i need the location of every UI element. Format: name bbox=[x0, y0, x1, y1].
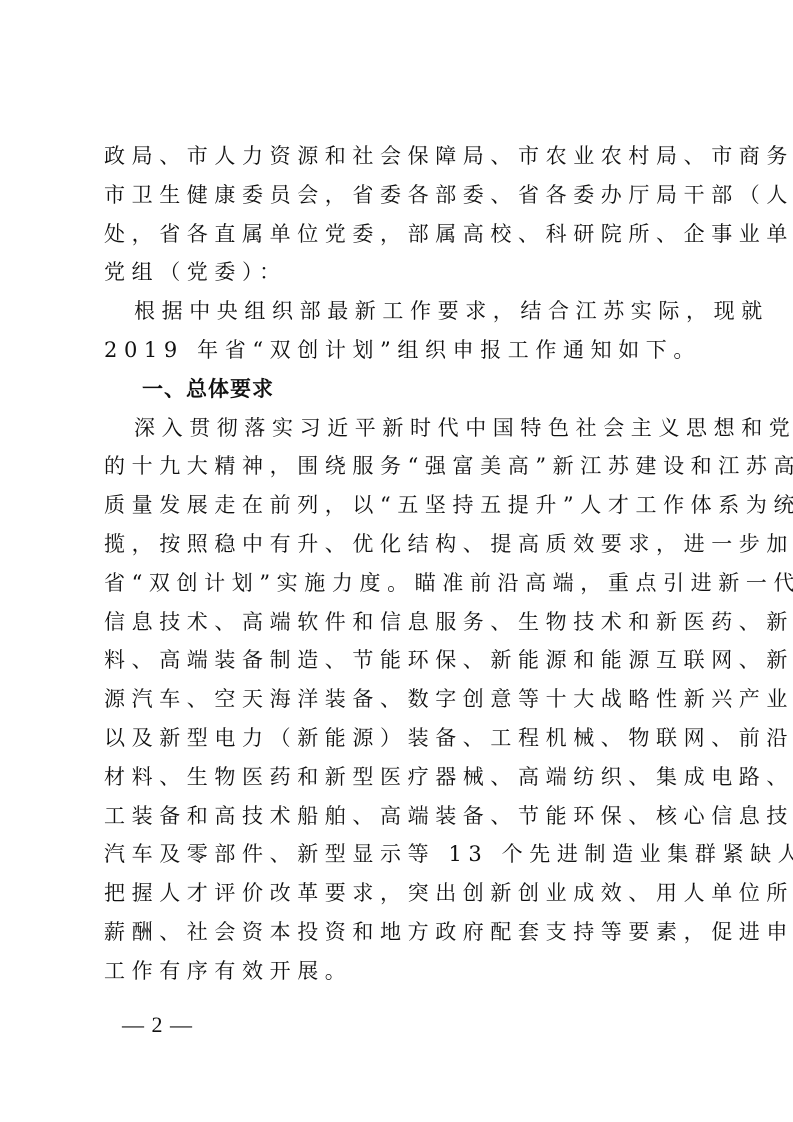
text-line: 薪酬、社会资本投资和地方政府配套支持等要素，促进申报 bbox=[104, 913, 704, 952]
text-line: 揽，按照稳中有升、优化结构、提高质效要求，进一步加大 bbox=[104, 525, 704, 564]
text-line: 处，省各直属单位党委，部属高校、科研院所、企事业单位 bbox=[104, 215, 704, 254]
text-line: 汽车及零部件、新型显示等 13 个先进制造业集群紧缺人才。 bbox=[104, 835, 704, 874]
text-line: 的十九大精神，围绕服务“强富美高”新江苏建设和江苏高 bbox=[104, 447, 704, 486]
document-page: 政局、市人力资源和社会保障局、市农业农村局、市商务局、 市卫生健康委员会，省委各… bbox=[104, 137, 704, 991]
text-line: 市卫生健康委员会，省委各部委、省各委办厅局干部（人事） bbox=[104, 176, 704, 215]
text-line: 信息技术、高端软件和信息服务、生物技术和新医药、新材 bbox=[104, 603, 704, 642]
text-line: 以及新型电力（新能源）装备、工程机械、物联网、前沿新 bbox=[104, 719, 704, 758]
text-line: 质量发展走在前列，以“五坚持五提升”人才工作体系为统 bbox=[104, 486, 704, 525]
text-line: 源汽车、空天海洋装备、数字创意等十大战略性新兴产业， bbox=[104, 680, 704, 719]
paragraph-first-line: 根据中央组织部最新工作要求，结合江苏实际，现就 bbox=[104, 292, 704, 331]
text-line: 2019 年省“双创计划”组织申报工作通知如下。 bbox=[104, 331, 704, 370]
text-line: 料、高端装备制造、节能环保、新能源和能源互联网、新能 bbox=[104, 641, 704, 680]
paragraph-first-line: 深入贯彻落实习近平新时代中国特色社会主义思想和党 bbox=[104, 409, 704, 448]
text-line: 把握人才评价改革要求，突出创新创业成效、用人单位所给 bbox=[104, 874, 704, 913]
text-line: 省“双创计划”实施力度。瞄准前沿高端，重点引进新一代 bbox=[104, 564, 704, 603]
text-line: 政局、市人力资源和社会保障局、市农业农村局、市商务局、 bbox=[104, 137, 704, 176]
text-line: 材料、生物医药和新型医疗器械、高端纺织、集成电路、海 bbox=[104, 758, 704, 797]
text-line: 党组（党委）： bbox=[104, 253, 704, 292]
text-line: 工作有序有效开展。 bbox=[104, 952, 704, 991]
page-number: — 2 — bbox=[122, 1012, 193, 1038]
section-heading: 一、总体要求 bbox=[104, 370, 704, 409]
text-line: 工装备和高技术船舶、高端装备、节能环保、核心信息技术、 bbox=[104, 797, 704, 836]
